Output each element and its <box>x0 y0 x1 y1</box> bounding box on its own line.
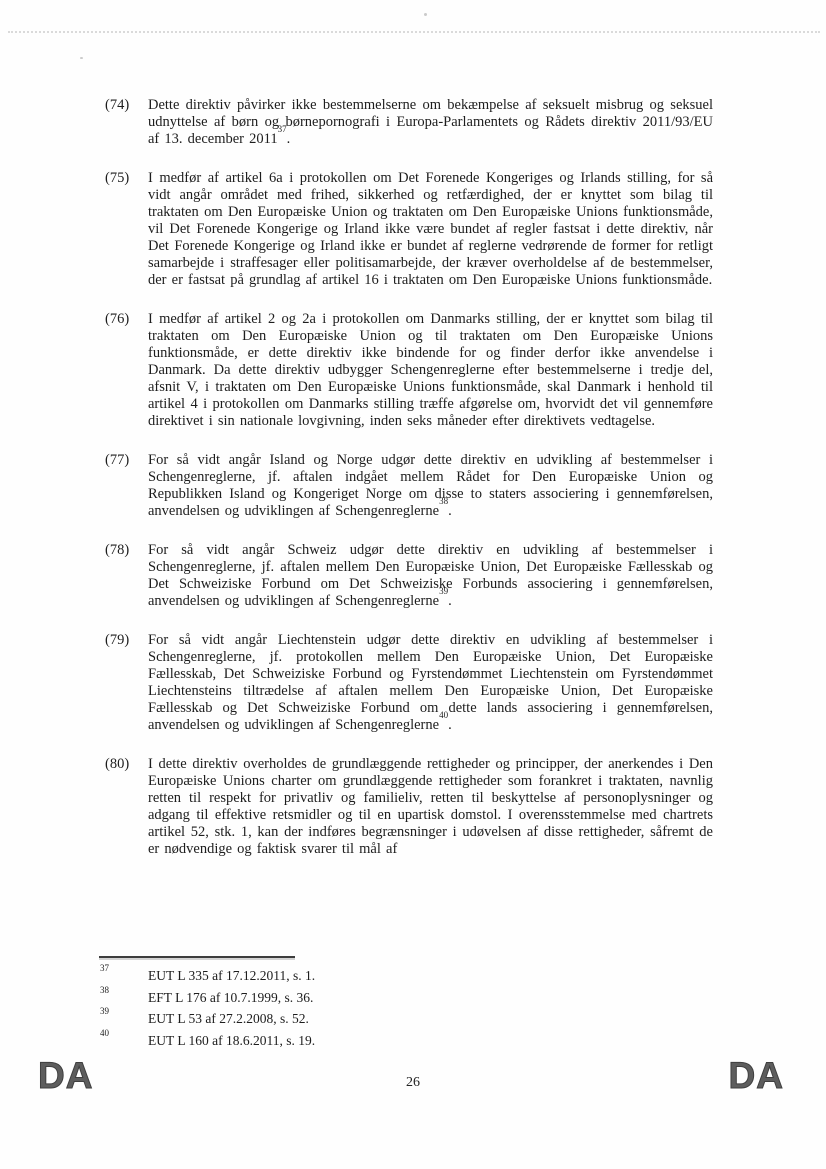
recital-number: (74) <box>105 97 148 148</box>
footnote-number: 37 <box>100 968 148 983</box>
recital-text: For så vidt angår Schweiz udgør dette di… <box>148 542 713 610</box>
recital-body-text: Dette direktiv påvirker ikke bestemmelse… <box>148 97 713 147</box>
footnote-text: EUT L 335 af 17.12.2011, s. 1. <box>148 969 665 984</box>
recital-body-text: I medfør af artikel 2 og 2a i protokolle… <box>148 311 713 429</box>
scan-speck <box>424 13 427 16</box>
recital-paragraph: (79) For så vidt angår Liechtenstein udg… <box>105 632 713 734</box>
language-mark-right: DA <box>729 1056 784 1096</box>
document-page: (74) Dette direktiv påvirker ikke bestem… <box>0 0 826 1169</box>
scan-speck <box>80 57 83 59</box>
footnote-number: 39 <box>100 1011 148 1026</box>
footnote-ref: 37 <box>278 124 287 134</box>
footnote-ref: 39 <box>439 586 448 596</box>
recital-text: I medfør af artikel 2 og 2a i protokolle… <box>148 311 713 430</box>
footnote-text: EUT L 53 af 27.2.2008, s. 52. <box>148 1012 665 1027</box>
footnote-ref: 38 <box>439 496 448 506</box>
footnote-text: EFT L 176 af 10.7.1999, s. 36. <box>148 991 665 1006</box>
footnote-number: 40 <box>100 1033 148 1048</box>
recital-body-text: For så vidt angår Liechtenstein udgør de… <box>148 632 713 733</box>
recital-paragraph: (74) Dette direktiv påvirker ikke bestem… <box>105 97 713 148</box>
recital-number: (77) <box>105 452 148 520</box>
recital-body-text: I medfør af artikel 6a i protokollen om … <box>148 170 713 288</box>
footnote-text: EUT L 160 af 18.6.2011, s. 19. <box>148 1034 665 1049</box>
footnote-number: 38 <box>100 990 148 1005</box>
recital-tail: . <box>448 593 452 609</box>
recital-text: Dette direktiv påvirker ikke bestemmelse… <box>148 97 713 148</box>
recital-tail: . <box>448 503 452 519</box>
scan-artifact-line <box>8 31 820 33</box>
recital-paragraph: (76) I medfør af artikel 2 og 2a i proto… <box>105 311 713 430</box>
footnote-item: 39 EUT L 53 af 27.2.2008, s. 52. <box>100 1012 665 1027</box>
recital-number: (80) <box>105 756 148 858</box>
recital-number: (75) <box>105 170 148 289</box>
recital-body-text: I dette direktiv overholdes de grundlægg… <box>148 756 713 857</box>
recital-body-text: For så vidt angår Island og Norge udgør … <box>148 452 713 519</box>
recital-text: I dette direktiv overholdes de grundlægg… <box>148 756 713 858</box>
footnote-item: 40 EUT L 160 af 18.6.2011, s. 19. <box>100 1034 665 1049</box>
recital-paragraph: (78) For så vidt angår Schweiz udgør det… <box>105 542 713 610</box>
footnote-separator <box>99 956 295 958</box>
recitals-section: (74) Dette direktiv påvirker ikke bestem… <box>105 97 713 880</box>
recital-tail: . <box>448 717 452 733</box>
recital-paragraph: (80) I dette direktiv overholdes de grun… <box>105 756 713 858</box>
recital-tail: . <box>287 131 291 147</box>
recital-paragraph: (75) I medfør af artikel 6a i protokolle… <box>105 170 713 289</box>
footnotes-section: 37 EUT L 335 af 17.12.2011, s. 1. 38 EFT… <box>100 969 665 1055</box>
page-number: 26 <box>0 1075 826 1091</box>
recital-text: For så vidt angår Liechtenstein udgør de… <box>148 632 713 734</box>
recital-body-text: For så vidt angår Schweiz udgør dette di… <box>148 542 713 609</box>
footnote-item: 37 EUT L 335 af 17.12.2011, s. 1. <box>100 969 665 984</box>
footnote-item: 38 EFT L 176 af 10.7.1999, s. 36. <box>100 991 665 1006</box>
recital-text: I medfør af artikel 6a i protokollen om … <box>148 170 713 289</box>
recital-text: For så vidt angår Island og Norge udgør … <box>148 452 713 520</box>
recital-paragraph: (77) For så vidt angår Island og Norge u… <box>105 452 713 520</box>
recital-number: (79) <box>105 632 148 734</box>
footnote-ref: 40 <box>439 710 448 720</box>
recital-number: (76) <box>105 311 148 430</box>
recital-number: (78) <box>105 542 148 610</box>
